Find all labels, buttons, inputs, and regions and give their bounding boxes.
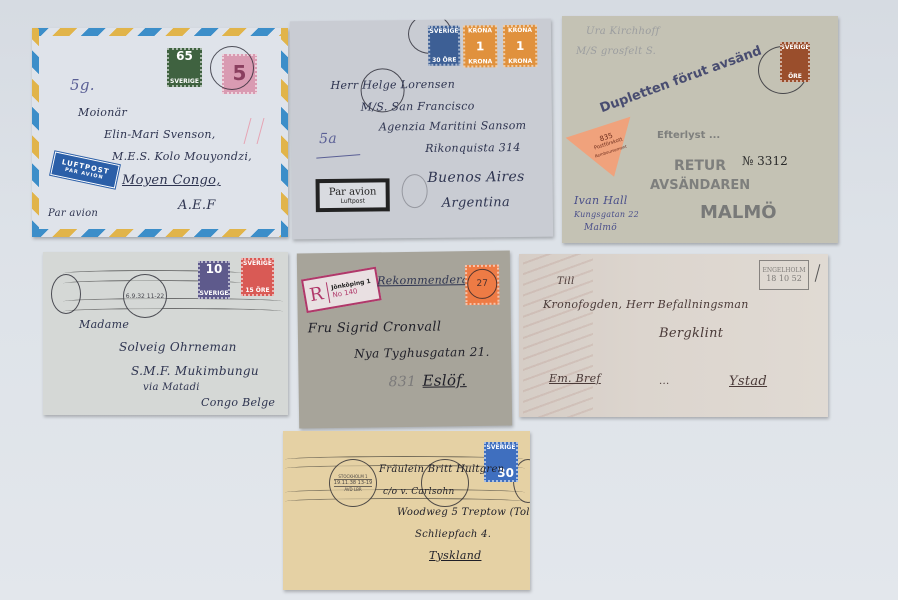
cover-stockholm-germany: STOCKHOLM 1 19.11.38 13-19 AVD LBR SVERI… — [283, 431, 530, 590]
airmail-border-left — [32, 28, 39, 237]
registration-letter: R — [304, 282, 330, 307]
stamp-30-ore-blue: SVERIGE 30 ÖRE — [428, 26, 460, 66]
sender-line: Kungsgatan 22 — [574, 210, 639, 219]
cachet-malmo: MALMÖ — [700, 202, 777, 223]
stamp-ore-brown: SVERIGE ÖRE — [780, 42, 810, 82]
red-crayon-mark — [244, 118, 265, 144]
faded-writing: M/S grosfelt S. — [576, 46, 656, 57]
address-line: Buenos Aires — [427, 169, 524, 186]
address-line: c/o v. Carlsohn — [383, 487, 455, 497]
postmark: 6.9.32 11-22 — [123, 274, 167, 318]
machine-cancel-wave — [285, 498, 525, 505]
address-line: Congo Belge — [201, 396, 275, 409]
cachet-efterlyst: Efterlyst ... — [657, 130, 720, 141]
pencil-note: 831 — [388, 374, 416, 390]
airmail-border-bottom — [32, 229, 288, 237]
faded-writing: Ura Kirchhoff — [586, 26, 660, 37]
address-line: M.E.S. Kolo Mouyondzi, — [112, 150, 252, 163]
address-line: M/S. San Francisco — [361, 99, 475, 113]
stamp-1-krona: KRONA 1 KRONA — [503, 25, 537, 67]
cachet-avsandaren: AVSÄNDAREN — [650, 178, 750, 193]
address-line: Elin-Mari Svenson, — [104, 128, 216, 141]
address-line: Rikonquista 314 — [425, 141, 521, 155]
address-line: Eslöf. — [422, 371, 466, 390]
engelholm-cancel: ENGELHOLM 18 10 52 — [759, 260, 809, 290]
stamp-1-krona: KRONA 1 KRONA — [463, 25, 497, 67]
address-line: Till — [557, 276, 574, 287]
address-line: Schliepfach 4. — [415, 529, 491, 540]
cover-airmail-argentina: SVERIGE 30 ÖRE KRONA 1 KRONA KRONA 1 KRO… — [290, 19, 553, 240]
address-line: Agenzia Maritini Sansom — [379, 119, 526, 134]
machine-cancel-wave — [63, 298, 283, 305]
blue-pencil-line — [316, 154, 360, 159]
address-line: ... — [659, 376, 669, 387]
address-line: Moionär — [78, 106, 127, 119]
rekommenderas-note: Rekommenderas — [377, 273, 475, 287]
address-line: Bergklint — [659, 326, 723, 341]
postmark — [401, 174, 427, 208]
address-line: Madame — [79, 318, 129, 331]
address-line: A.E.F — [178, 198, 216, 213]
cover-engelholm-letter: ENGELHOLM 18 10 52 Till Kronofogden, Her… — [519, 254, 828, 417]
airmail-border-right — [281, 28, 288, 237]
address-line: Nya Tyghusgatan 21. — [354, 345, 490, 361]
address-line: Ystad — [729, 374, 767, 389]
cover-airmail-congo: 65 SVERIGE 5 5g. Moionär Elin-Mari Svens… — [32, 28, 288, 237]
cover-registered-eslov: R Jönköping 1 No 140 Rekommenderas 27 Fr… — [297, 251, 512, 429]
address-line: Herr Helge Lorensen — [330, 78, 455, 92]
stamp-10-ore: 10 SVERIGE — [198, 261, 230, 299]
address-line: Tyskland — [429, 549, 481, 562]
routing-note: Par avion — [48, 208, 98, 219]
address-line: Fräulein Britt Hultgren — [379, 464, 504, 475]
address-line: Solveig Ohrneman — [119, 340, 237, 354]
cover-returned-malmo: Ura Kirchhoff M/S grosfelt S. SVERIGE ÖR… — [562, 16, 838, 243]
stamp-65-ore: 65 SVERIGE — [167, 48, 202, 87]
postmark — [51, 274, 81, 314]
stamp-15-ore: SVERIGE 15 ÖRE — [241, 258, 274, 296]
machine-cancel-wave — [63, 308, 283, 315]
address-line: Kronofogden, Herr Befallningsman — [543, 298, 749, 311]
postmark: STOCKHOLM 1 19.11.38 13-19 AVD LBR — [329, 459, 377, 507]
cover-congo-belge: 6.9.32 11-22 10 SVERIGE SVERIGE 15 ÖRE M… — [43, 252, 288, 415]
weight-note: 5g. — [70, 76, 95, 94]
photo-background: { "scene": { "description": "Seven vinta… — [0, 0, 898, 600]
pen-tick — [815, 264, 821, 282]
postmark — [210, 46, 254, 90]
address-line: Em. Bref — [549, 372, 601, 385]
address-line: Moyen Congo, — [122, 173, 221, 188]
address-line: S.M.F. Mukimbungu — [131, 364, 259, 378]
stamp-30-ore-blue: SVERIGE 30 — [484, 442, 518, 482]
address-line: Woodweg 5 Treptow (Toll) — [397, 507, 530, 518]
address-line: via Matadi — [143, 382, 200, 393]
registration-label: R Jönköping 1 No 140 — [301, 267, 382, 313]
rate-note: 5a — [319, 131, 337, 147]
airmail-border-top — [32, 28, 288, 36]
airmail-label-par-avion: Par avion Luftpost — [316, 178, 390, 212]
sender-line: Malmö — [584, 223, 617, 233]
number-stamp: № 3312 — [742, 154, 788, 168]
sender-line: Ivan Hall — [574, 194, 628, 207]
airmail-label-luftpost: LUFTPOST PAR AVION — [50, 151, 120, 188]
address-line: Argentina — [442, 195, 510, 211]
cachet-retur: RETUR — [674, 158, 726, 174]
address-line: Fru Sigrid Cronvall — [308, 319, 442, 336]
